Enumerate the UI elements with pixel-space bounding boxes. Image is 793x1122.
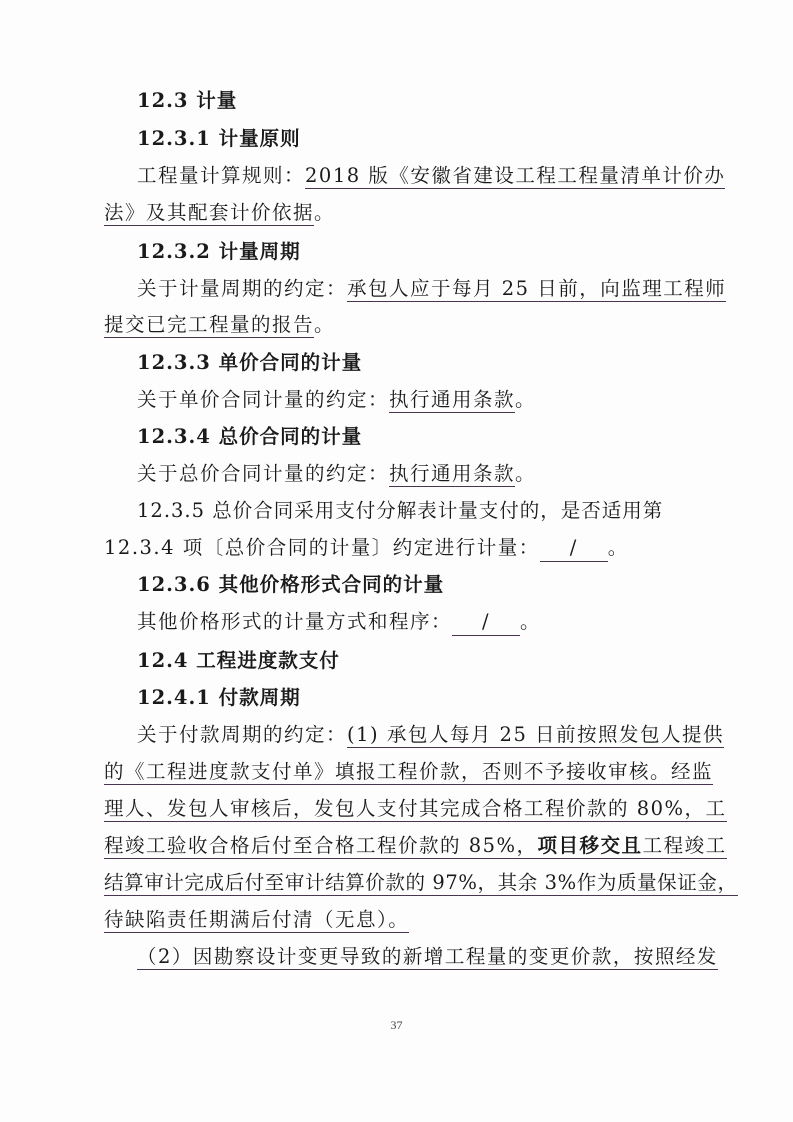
page-number: 37	[0, 1018, 793, 1033]
field-value: 待缺陷责任期满后付清（无息）。	[104, 908, 409, 933]
period: 。	[314, 201, 335, 224]
field-value: 2018 版《安徽省建设工程工程量清单计价办	[305, 164, 725, 189]
field-value: （2）因勘察设计变更导致的新增工程量的变更价款，按照经发	[137, 945, 718, 970]
section-heading-12-3: 12.3 计量	[137, 88, 237, 114]
field-value: /	[540, 535, 608, 562]
field-value: 程竣工验收合格后付至合格工程价款的 85%，	[104, 834, 538, 857]
clause-12-4-1-line3: 理人、发包人审核后，发包人支付其完成合格工程价款的 80%，工	[104, 796, 727, 822]
field-value: 工程竣工	[643, 834, 727, 857]
period: 。	[608, 536, 629, 559]
field-value: 承包人应于每月 25 日前，向监理工程师	[347, 277, 726, 302]
clause-12-4-1-line7: （2）因勘察设计变更导致的新增工程量的变更价款，按照经发	[137, 944, 718, 970]
field-value: 执行通用条款	[389, 462, 515, 487]
field-label: 关于总价合同计量的约定：	[137, 462, 389, 485]
field-label: 其他价格形式的计量方式和程序：	[137, 610, 452, 633]
field-value: 的《工程进度款支付单》填报工程价款，否则不予接收审核。经监	[104, 760, 713, 785]
period: 。	[515, 462, 536, 485]
clause-12-3-2-line2: 提交已完工程量的报告。	[104, 312, 335, 338]
field-value: 法》及其配套计价依据	[104, 201, 314, 226]
clause-12-4-1-line2: 的《工程进度款支付单》填报工程价款，否则不予接收审核。经监	[104, 759, 713, 785]
period: 。	[520, 610, 541, 633]
clause-12-3-1-line1: 工程量计算规则：2018 版《安徽省建设工程工程量清单计价办	[137, 163, 725, 189]
clause-12-3-6: 其他价格形式的计量方式和程序：/。	[137, 609, 541, 636]
field-value: 执行通用条款	[389, 388, 515, 413]
section-heading-12-3-6: 12.3.6 其他价格形式合同的计量	[137, 572, 444, 598]
field-value: 理人、发包人审核后，发包人支付其完成合格工程价款的 80%，工	[104, 797, 727, 822]
section-heading-12-3-4: 12.3.4 总价合同的计量	[137, 424, 362, 450]
field-label: 12.3.4 项〔总价合同的计量〕约定进行计量：	[104, 536, 540, 559]
document-page: 12.3 计量 12.3.1 计量原则 工程量计算规则：2018 版《安徽省建设…	[0, 0, 793, 1122]
section-heading-12-3-2: 12.3.2 计量周期	[137, 239, 301, 265]
clause-12-3-3: 关于单价合同计量的约定：执行通用条款。	[137, 387, 536, 413]
section-heading-12-4: 12.4 工程进度款支付	[137, 648, 340, 674]
field-value: (1) 承包人每月 25 日前按照发包人提供	[347, 723, 724, 748]
field-value: 结算审计完成后付至审计结算价款的 97%，其余 3%作为质量保证金，	[104, 871, 738, 896]
section-heading-12-3-1: 12.3.1 计量原则	[137, 126, 301, 152]
clause-12-3-5-line2: 12.3.4 项〔总价合同的计量〕约定进行计量：/。	[104, 535, 629, 562]
field-label: 关于付款周期的约定：	[137, 723, 347, 746]
clause-12-4-1-line5: 结算审计完成后付至审计结算价款的 97%，其余 3%作为质量保证金，	[104, 870, 738, 896]
clause-12-3-1-line2: 法》及其配套计价依据。	[104, 200, 335, 226]
clause-12-3-4: 关于总价合同计量的约定：执行通用条款。	[137, 461, 536, 487]
field-value: /	[452, 609, 520, 636]
section-heading-12-4-1: 12.4.1 付款周期	[137, 685, 301, 711]
clause-12-4-1-line4: 程竣工验收合格后付至合格工程价款的 85%，项目移交且工程竣工	[104, 833, 727, 859]
field-label: 工程量计算规则：	[137, 164, 305, 187]
clause-12-4-1-line1: 关于付款周期的约定：(1) 承包人每月 25 日前按照发包人提供	[137, 722, 724, 748]
period: 。	[515, 388, 536, 411]
bold-text: 项目移交且	[538, 834, 643, 857]
clause-text: 12.3.5 总价合同采用支付分解表计量支付的，是否适用第	[137, 499, 663, 522]
section-heading-12-3-3: 12.3.3 单价合同的计量	[137, 350, 362, 376]
clause-12-4-1-line6: 待缺陷责任期满后付清（无息）。	[104, 907, 409, 933]
period: 。	[314, 313, 335, 336]
field-label: 关于单价合同计量的约定：	[137, 388, 389, 411]
clause-12-3-5-line1: 12.3.5 总价合同采用支付分解表计量支付的，是否适用第	[137, 498, 663, 524]
clause-12-3-2-line1: 关于计量周期的约定：承包人应于每月 25 日前，向监理工程师	[137, 276, 726, 302]
field-label: 关于计量周期的约定：	[137, 277, 347, 300]
field-value: 提交已完工程量的报告	[104, 313, 314, 338]
